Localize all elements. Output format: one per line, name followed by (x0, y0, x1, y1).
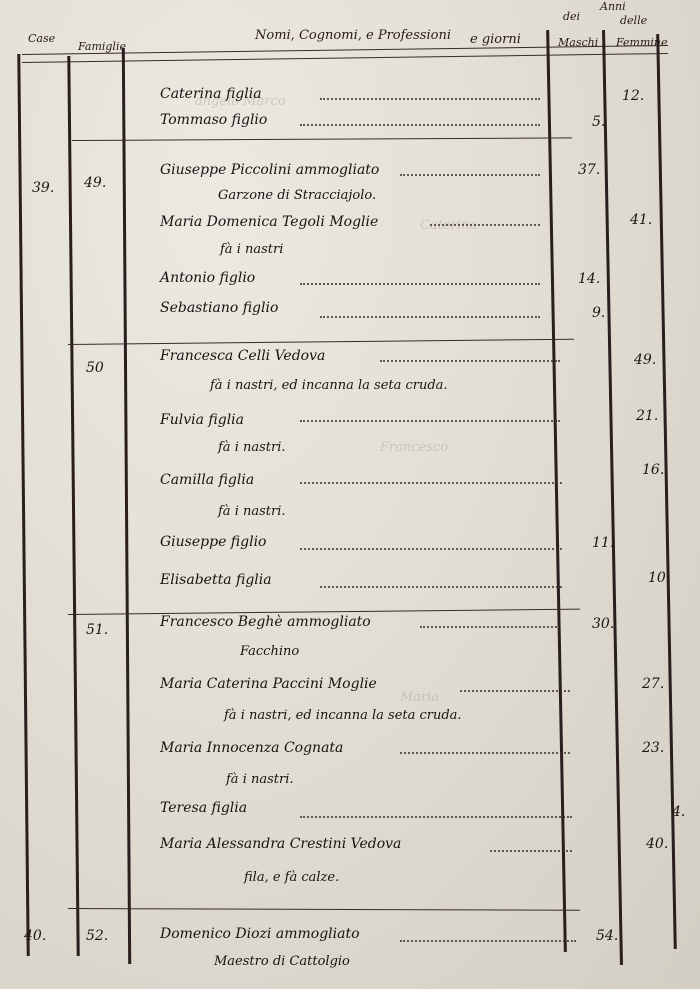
leader-dots (300, 124, 540, 126)
age-femmine: 40. (646, 836, 668, 852)
member-name: Tommaso figlio (160, 112, 267, 128)
rule-case-famiglie (67, 56, 79, 956)
leader-dots (320, 316, 540, 318)
leader-dots (320, 98, 540, 100)
header-femmine-top2: delle (620, 14, 647, 27)
member-name: Francesca Celli Vedova (160, 348, 325, 364)
leader-dots (300, 420, 560, 422)
member-name: Fulvia figlia (160, 412, 244, 428)
famiglia-number: 49. (84, 175, 106, 191)
member-occupation: fà i nastri. (218, 440, 286, 455)
member-occupation: Facchino (240, 644, 299, 659)
member-name: Maria Caterina Paccini Moglie (160, 676, 377, 692)
leader-dots (300, 283, 540, 285)
header-rule-bottom (22, 53, 668, 63)
manuscript-page: Case Famiglie Nomi, Cognomi, e Professio… (0, 0, 700, 989)
famiglia-number: 51. (86, 622, 108, 638)
rule-maschi-femmine (602, 30, 623, 965)
header-giorni: e giorni (470, 32, 521, 47)
age-maschi: 30. (592, 616, 614, 632)
age-femmine: 41. (630, 212, 652, 228)
member-occupation: fà i nastri, ed incanna la seta cruda. (224, 708, 462, 723)
member-occupation: Maestro di Cattolgio (214, 954, 350, 969)
leader-dots (400, 940, 576, 942)
member-name: Maria Innocenza Cognata (160, 740, 343, 756)
leader-dots (490, 850, 572, 852)
age-femmine: 4. (672, 804, 685, 820)
header-femmine: Femmine (616, 36, 668, 49)
age-maschi: 9. (592, 305, 605, 321)
leader-dots (320, 586, 562, 588)
bleed-through-text: Maria (400, 690, 439, 705)
member-occupation: Garzone di Stracciajolo. (218, 188, 376, 203)
family-separator (68, 339, 574, 345)
header-femmine-top1: Anni (600, 0, 626, 13)
rule-case-left (17, 54, 29, 956)
age-femmine: 16. (642, 462, 664, 478)
member-name: Antonio figlio (160, 270, 255, 286)
age-femmine: 21. (636, 408, 658, 424)
member-occupation: fà i nastri. (218, 504, 286, 519)
leader-dots (430, 224, 540, 226)
leader-dots (380, 360, 560, 362)
member-name: Elisabetta figlia (160, 572, 272, 588)
member-occupation: fà i nastri (220, 242, 283, 257)
age-femmine: 49. (634, 352, 656, 368)
member-name: Giuseppe figlio (160, 534, 267, 550)
header-famiglie: Famiglie (78, 40, 126, 53)
age-maschi: 54. (596, 928, 618, 944)
member-occupation: fà i nastri. (226, 772, 294, 787)
member-occupation: fila, e fà calze. (244, 870, 339, 885)
bleed-through-text: Francesco (380, 440, 448, 455)
leader-dots (400, 174, 540, 176)
casa-number: 40. (24, 928, 46, 944)
leader-dots (460, 690, 570, 692)
family-separator (68, 908, 580, 911)
member-name: Camilla figlia (160, 472, 254, 488)
famiglia-number: 50 (86, 360, 104, 376)
header-nomi: Nomi, Cognomi, e Professioni (255, 28, 451, 43)
member-occupation: fà i nastri, ed incanna la seta cruda. (210, 378, 448, 393)
leader-dots (300, 816, 572, 818)
header-maschi-top: dei (563, 10, 580, 23)
member-name: Maria Alessandra Crestini Vedova (160, 836, 401, 852)
header-case: Case (28, 32, 55, 45)
age-maschi: 5. (592, 114, 605, 130)
member-name: Sebastiano figlio (160, 300, 278, 316)
member-name: Maria Domenica Tegoli Moglie (160, 214, 378, 230)
member-name: Teresa figlia (160, 800, 247, 816)
age-maschi: 11. (592, 535, 614, 551)
leader-dots (300, 482, 562, 484)
member-name: Francesco Beghè ammogliato (160, 614, 371, 630)
leader-dots (420, 626, 560, 628)
age-femmine: 12. (622, 88, 644, 104)
rule-nomi-maschi (546, 30, 567, 952)
leader-dots (400, 752, 570, 754)
age-femmine: 10. (648, 570, 670, 586)
leader-dots (300, 548, 562, 550)
member-name: Domenico Diozi ammogliato (160, 926, 360, 942)
member-name: Giuseppe Piccolini ammogliato (160, 162, 379, 178)
famiglia-number: 52. (86, 928, 108, 944)
member-name: Caterina figlia (160, 86, 262, 102)
age-femmine: 27. (642, 676, 664, 692)
family-separator (72, 137, 572, 141)
casa-number: 39. (32, 180, 54, 196)
age-femmine: 23. (642, 740, 664, 756)
age-maschi: 37. (578, 162, 600, 178)
rule-famiglie-nomi (122, 48, 131, 964)
age-maschi: 14. (578, 271, 600, 287)
